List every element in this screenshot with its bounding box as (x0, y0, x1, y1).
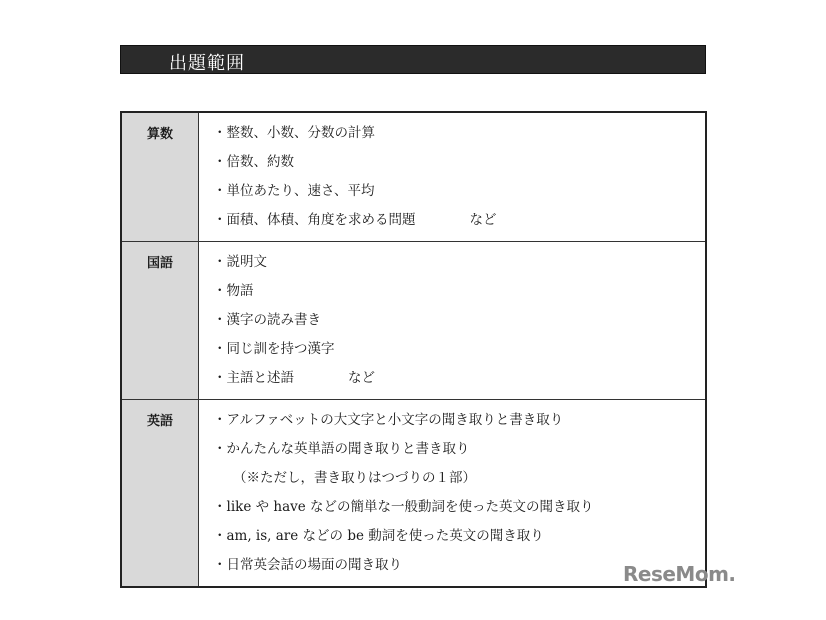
topic-list: ・説明文 ・物語 ・漢字の読み書き ・同じ訓を持つ漢字 ・主語と述語 など (199, 242, 707, 400)
resemom-logo: ReseMom. (623, 562, 736, 586)
list-item: ・漢字の読み書き (213, 306, 705, 335)
topic-list: ・アルファベットの大文字と小文字の聞き取りと書き取り ・かんたんな英単語の聞き取… (199, 400, 707, 588)
list-item: ・am, is, are などの be 動詞を使った英文の聞き取り (213, 522, 705, 551)
list-item-note: （※ただし，書き取りはつづりの１部） (213, 464, 705, 493)
table-row-japanese: 国語 ・説明文 ・物語 ・漢字の読み書き ・同じ訓を持つ漢字 ・主語と述語 など (121, 242, 706, 400)
table-row-english: 英語 ・アルファベットの大文字と小文字の聞き取りと書き取り ・かんたんな英単語の… (121, 400, 706, 588)
subject-label: 算数 (121, 112, 199, 242)
exam-scope-table: 算数 ・整数、小数、分数の計算 ・倍数、約数 ・単位あたり、速さ、平均 ・面積、… (120, 111, 707, 588)
list-item: ・like や have などの簡単な一般動詞を使った英文の聞き取り (213, 493, 705, 522)
list-item: ・物語 (213, 277, 705, 306)
section-header-bar: 出題範囲 (120, 45, 706, 74)
list-item: ・説明文 (213, 248, 705, 277)
list-item: ・単位あたり、速さ、平均 (213, 177, 705, 206)
list-item: ・かんたんな英単語の聞き取りと書き取り (213, 435, 705, 464)
section-title: 出題範囲 (169, 49, 245, 75)
subject-label: 英語 (121, 400, 199, 588)
table-row-math: 算数 ・整数、小数、分数の計算 ・倍数、約数 ・単位あたり、速さ、平均 ・面積、… (121, 112, 706, 242)
list-item: ・主語と述語 など (213, 364, 705, 393)
list-item: ・同じ訓を持つ漢字 (213, 335, 705, 364)
list-item: ・倍数、約数 (213, 148, 705, 177)
list-item: ・整数、小数、分数の計算 (213, 119, 705, 148)
list-item: ・アルファベットの大文字と小文字の聞き取りと書き取り (213, 406, 705, 435)
subject-label: 国語 (121, 242, 199, 400)
list-item: ・面積、体積、角度を求める問題 など (213, 206, 705, 235)
topic-list: ・整数、小数、分数の計算 ・倍数、約数 ・単位あたり、速さ、平均 ・面積、体積、… (199, 112, 707, 242)
